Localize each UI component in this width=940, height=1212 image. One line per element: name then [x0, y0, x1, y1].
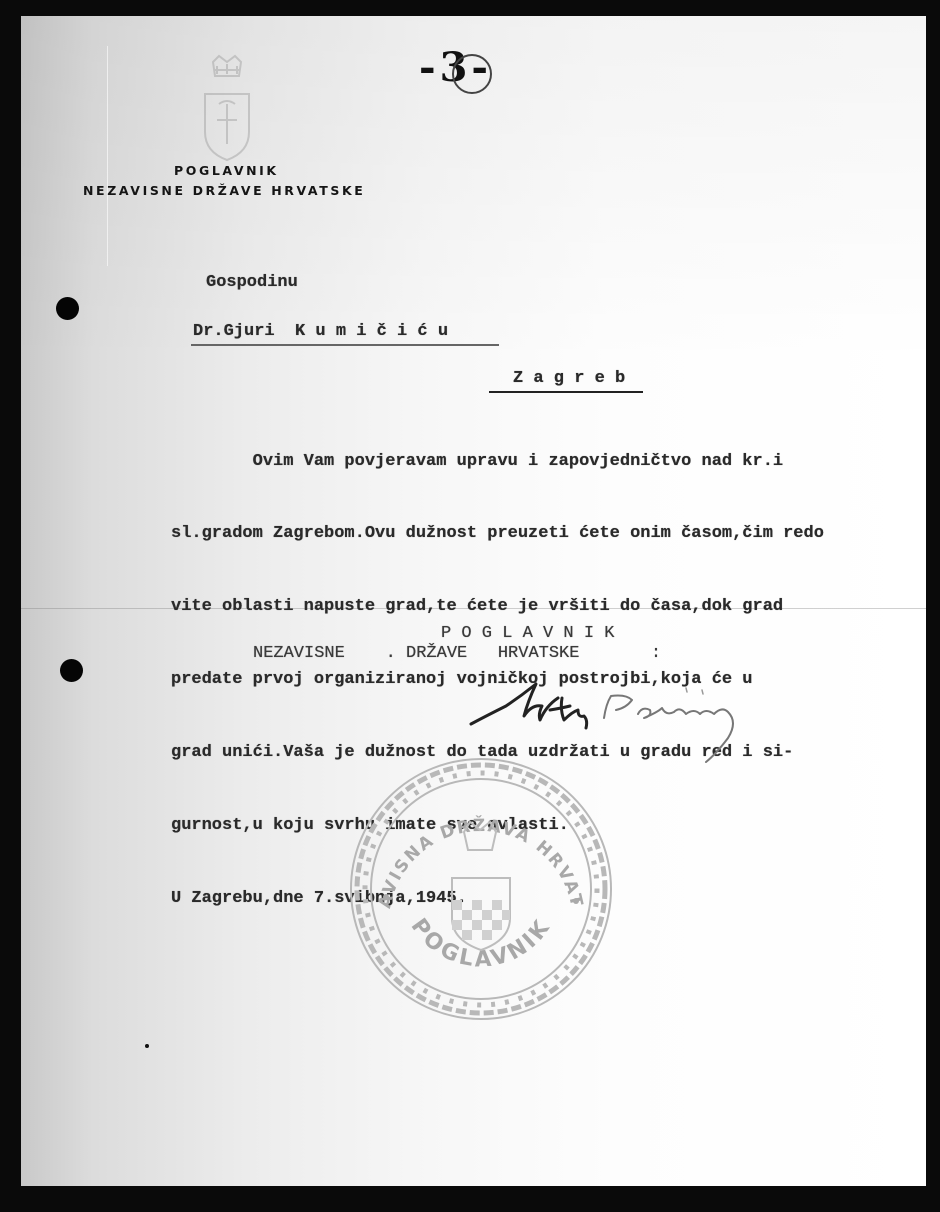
- recipient-name: Dr.Gjuri K u m i č i ć u: [193, 322, 448, 341]
- punch-hole-bottom: [60, 659, 83, 682]
- handwritten-page-number: -3-: [419, 44, 492, 91]
- recipient-underline: [191, 344, 499, 346]
- seal-coat-of-arms-icon: [452, 822, 510, 950]
- salutation: Gospodinu: [206, 273, 298, 292]
- page-number-circle: [452, 54, 492, 94]
- closing-title: P O G L A V N I K: [441, 624, 614, 643]
- seal-top-text: NEZAVISNA DRŽAVA HRVATSKA: [346, 754, 587, 910]
- body-line: vite oblasti napuste grad,te ćete je vrš…: [171, 595, 824, 619]
- punch-hole-top: [56, 297, 79, 320]
- ink-speck: [145, 1044, 149, 1048]
- official-seal-stamp: NEZAVISNA DRŽAVA HRVATSKA POGLAVNIK: [346, 754, 616, 1024]
- body-line: sl.gradom Zagrebom.Ovu dužnost preuzeti …: [171, 522, 824, 546]
- coat-of-arms-watermark-icon: [199, 54, 255, 164]
- body-line: Ovim Vam povjeravam upravu i zapovjednič…: [171, 450, 824, 474]
- closing-line: NEZAVISNE . DRŽAVE HRVATSKE :: [253, 644, 661, 663]
- recipient-city: Z a g r e b: [513, 369, 625, 388]
- letterhead-title: POGLAVNIK: [174, 163, 279, 178]
- letterhead-subtitle: NEZAVISNE DRŽAVE HRVATSKE: [83, 183, 365, 198]
- city-underline: [489, 391, 643, 393]
- scanned-letter-page: -3- POGLAVNIK NEZAVISNE DRŽAVE HRVATSKE …: [21, 16, 926, 1186]
- paper-crease: [107, 46, 108, 266]
